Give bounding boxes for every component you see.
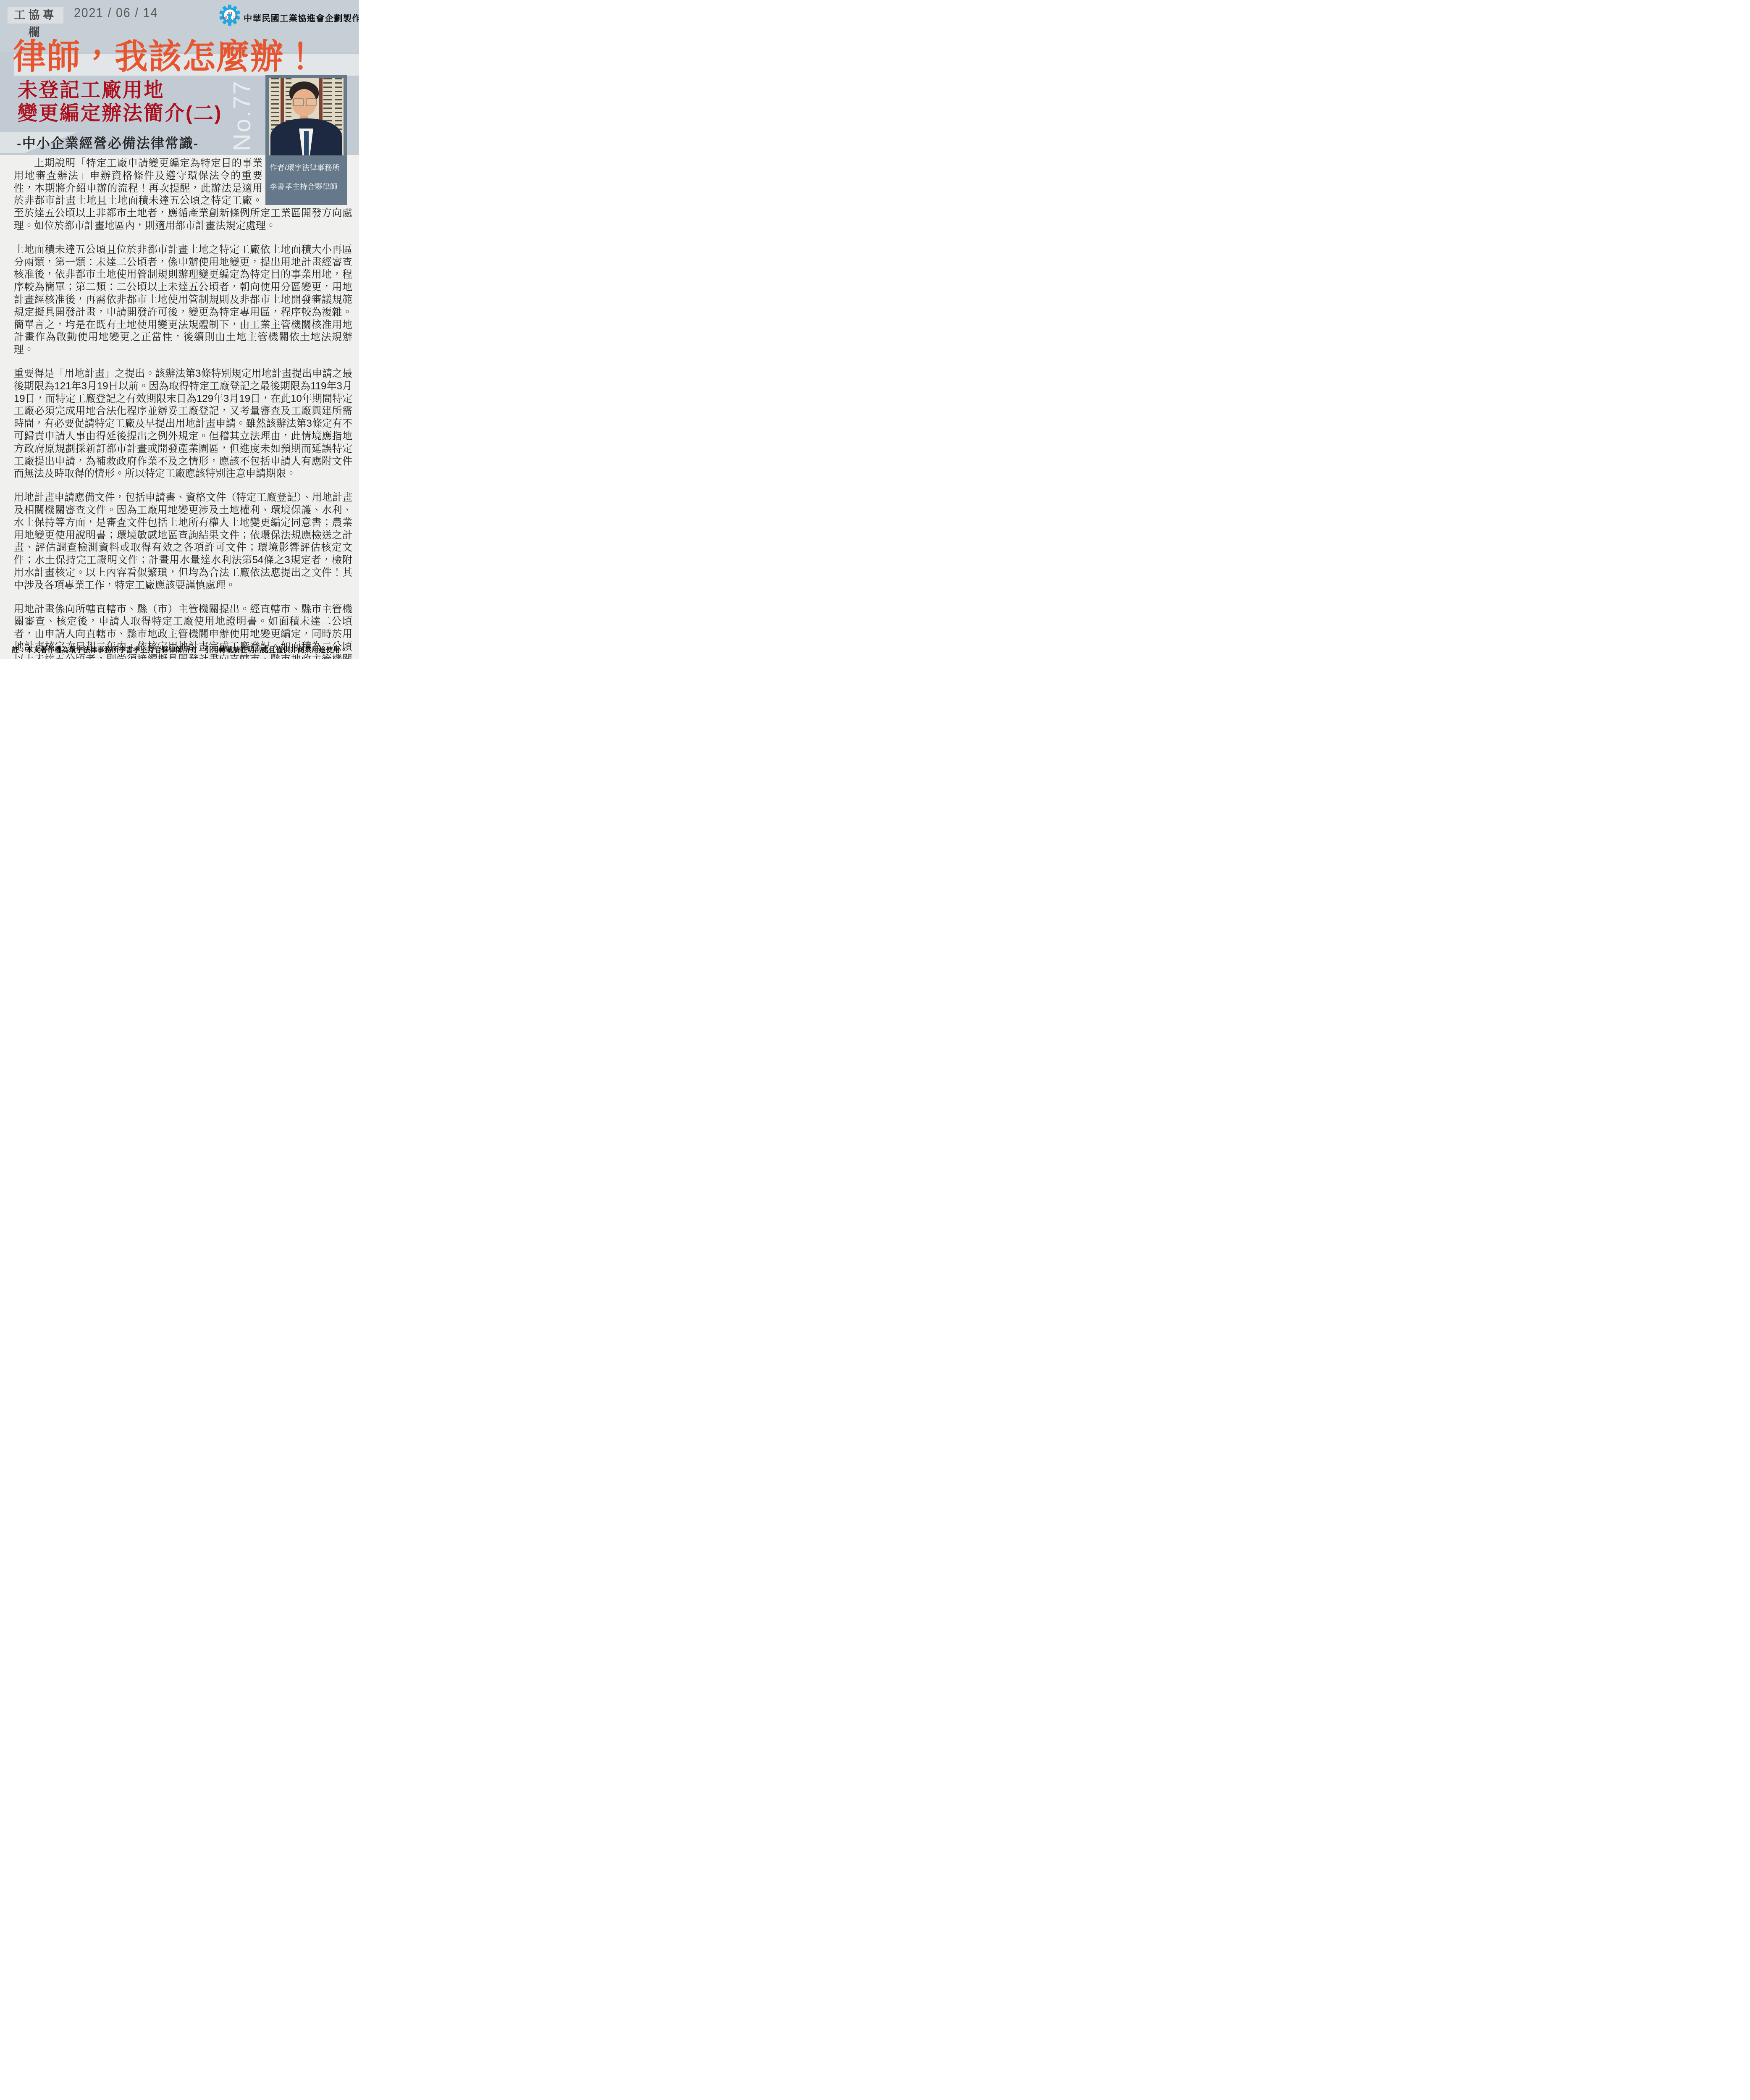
article-paragraphs: 上期說明「特定工廠申請變更編定為特定目的事業用地審查辦法」申辦資格條件及遵守環保…: [14, 157, 352, 659]
article-subtitle: 未登記工廠用地 變更編定辦法簡介(二): [18, 78, 222, 124]
photo-wrap-spacer: [262, 157, 352, 205]
paragraph-3: 重要得是「用地計畫」之提出。該辦法第3條特別規定用地計畫提出申請之最後期限為12…: [14, 367, 352, 480]
copyright-note: 註：本文著作權為環宇法律事務所李書孝主持合夥律師所有，引用轉載請註明出處且僅供非…: [0, 644, 359, 654]
series-tagline: -中小企業經營必備法律常識-: [17, 133, 199, 152]
subtitle-line-2: 變更編定辦法簡介(二): [18, 101, 222, 124]
paragraph-2: 土地面積未達五公頃且位於非都市計畫土地之特定工廠依土地面積大小再區分兩類，第一類…: [14, 244, 352, 356]
page-title: 律師，我該怎麼辦！: [13, 29, 345, 79]
logo-acronym: TFI: [227, 11, 232, 15]
poster-page: 工協專欄 2021 / 06 / 14 TFI 全國 工協 中華民國工業協進會企…: [0, 0, 359, 659]
subtitle-line-1: 未登記工廠用地: [18, 78, 222, 101]
author-photo: [269, 78, 344, 155]
association-gear-logo-icon: TFI 全國 工協: [219, 5, 240, 26]
issue-date: 2021 / 06 / 14: [74, 5, 158, 21]
paragraph-4: 用地計畫申請應備文件，包括申請書、資格文件（特定工廠登記）、用地計畫及相關機關審…: [14, 491, 352, 591]
column-label-badge: 工協專欄: [8, 7, 63, 24]
issue-number: No.77: [229, 71, 255, 160]
producer-credit: 中華民國工業協進會企劃製作: [244, 11, 359, 24]
